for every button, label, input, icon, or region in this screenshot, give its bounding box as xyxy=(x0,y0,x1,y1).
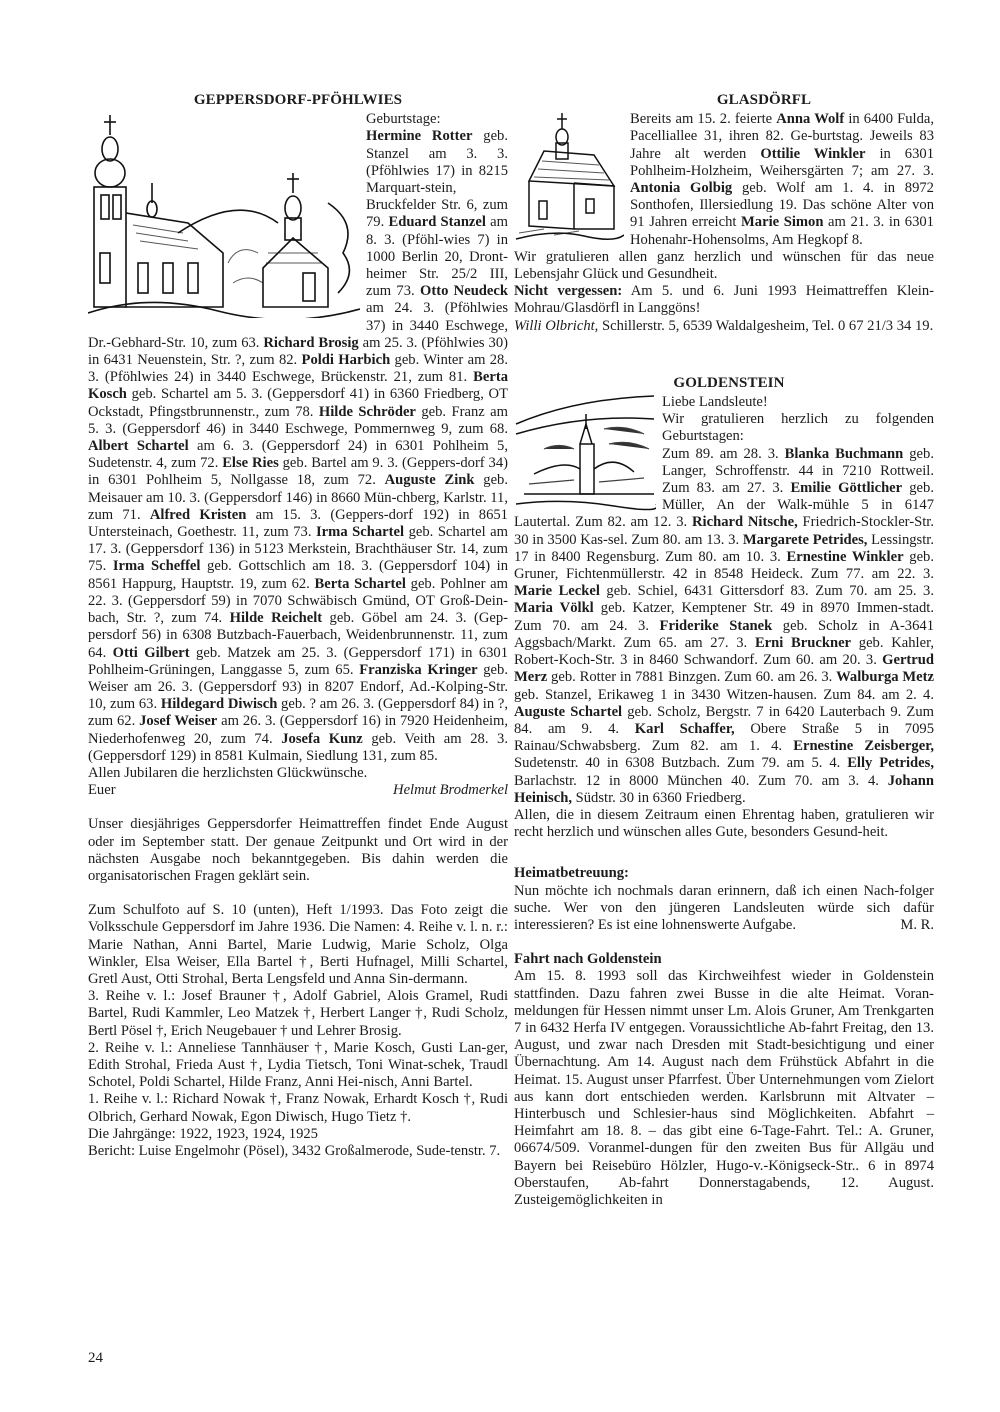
person-name: Poldi Harbich xyxy=(302,352,391,368)
glasdoerfl-contact: Willi Olbricht, Schillerstr. 5, 6539 Wal… xyxy=(514,318,934,335)
person-name: Ernestine Zeisberger, xyxy=(793,738,934,754)
town-illustration-icon xyxy=(514,394,656,514)
person-name: Hilde Reichelt xyxy=(230,610,323,626)
person-name: Berta Kosch xyxy=(88,369,508,402)
schulfoto-report: Bericht: Luise Engelmohr (Pösel), 3432 G… xyxy=(88,1143,508,1160)
schulfoto-row2: 2. Reihe v. l.: Anneliese Tannhäuser †, … xyxy=(88,1040,508,1092)
fahrt-text: Am 15. 8. 1993 soll das Kirchweihfest wi… xyxy=(514,968,934,1209)
page-number: 24 xyxy=(88,1350,103,1367)
schulfoto-section: Zum Schulfoto auf S. 10 (unten), Heft 1/… xyxy=(88,902,508,1160)
fahrt-section: Fahrt nach Goldenstein Am 15. 8. 1993 so… xyxy=(514,951,934,1209)
person-name: Else Ries xyxy=(222,455,279,471)
person-name: Margarete Petrides, xyxy=(743,532,868,548)
person-name: Auguste Zink xyxy=(385,472,475,488)
person-name: Hilde Schröder xyxy=(319,404,416,420)
schulfoto-row3: 3. Reihe v. l.: Josef Brauner †, Adolf G… xyxy=(88,988,508,1040)
person-name: Hildegard Diwisch xyxy=(161,696,277,712)
person-name: Ernestine Winkler xyxy=(786,549,903,565)
person-name: Otto Neudeck xyxy=(420,283,508,299)
goldenstein-section: GOLDENSTEIN Liebe Landsleu xyxy=(514,375,934,841)
person-name: Antonia Golbig xyxy=(630,180,732,196)
chapel-illustration-icon xyxy=(514,111,624,243)
salutation: Euer xyxy=(88,782,116,799)
person-name: Josefa Kunz xyxy=(281,731,363,747)
person-name: Richard Brosig xyxy=(263,335,358,351)
person-name: Auguste Schartel xyxy=(514,704,622,720)
person-name: Johann Heinisch, xyxy=(514,773,934,806)
person-name: Marie Leckel xyxy=(514,583,600,599)
person-name: Elly Petrides, xyxy=(847,755,934,771)
glasdoerfl-section: GLASDÖRFL Bereits am 15. 2. fe xyxy=(514,92,934,335)
fahrt-title: Fahrt nach Goldenstein xyxy=(514,951,934,968)
glasdoerfl-reminder: Nicht vergessen: Am 5. und 6. Juni 1993 … xyxy=(514,283,934,317)
heimatbetreuung-text: Nun möchte ich nochmals daran erinnern, … xyxy=(514,883,934,935)
section-title-glasdoerfl: GLASDÖRFL xyxy=(514,92,934,109)
person-name: Irma Scheffel xyxy=(113,558,201,574)
schulfoto-row1: 1. Reihe v. l.: Richard Nowak †, Franz N… xyxy=(88,1091,508,1125)
person-name: Franziska Kringer xyxy=(359,662,477,678)
person-name: Ottilie Winkler xyxy=(760,146,865,162)
church-illustration-icon xyxy=(88,113,360,318)
heimatbetreuung-section: Heimatbetreuung: Nun möchte ich nochmals… xyxy=(514,865,934,934)
person-name: Albert Schartel xyxy=(88,438,189,454)
person-name: Emilie Göttlicher xyxy=(790,480,902,496)
author-initials: M. R. xyxy=(900,917,934,934)
person-name: Anna Wolf xyxy=(776,111,844,127)
schulfoto-years: Die Jahrgänge: 1922, 1923, 1924, 1925 xyxy=(88,1126,508,1143)
person-name: Berta Schartel xyxy=(315,576,406,592)
person-name: Irma Schartel xyxy=(316,524,404,540)
heimattreffen-paragraph: Unser diesjähriges Geppersdorfer Heimatt… xyxy=(88,816,508,885)
person-name: Karl Schaffer, xyxy=(635,721,735,737)
person-name: Walburga Metz xyxy=(836,669,934,685)
person-name: Friderike Stanek xyxy=(660,618,773,634)
glasdoerfl-wishes: Wir gratulieren allen ganz herzlich und … xyxy=(514,249,934,283)
left-column: GEPPERSDORF-PFÖHLWIES xyxy=(88,92,508,1160)
right-column: GLASDÖRFL Bereits am 15. 2. fe xyxy=(514,92,934,1209)
person-name: Hermine Rotter xyxy=(366,128,472,144)
goldenstein-closing: Allen, die in diesem Zeitraum einen Ehre… xyxy=(514,807,934,841)
section-title-geppersdorf: GEPPERSDORF-PFÖHLWIES xyxy=(88,92,508,109)
person-name: Alfred Kristen xyxy=(150,507,247,523)
person-name: Richard Nitsche, xyxy=(692,514,798,530)
person-name: Maria Völkl xyxy=(514,600,594,616)
person-name: Blanka Buchmann xyxy=(785,446,904,462)
heimatbetreuung-title: Heimatbetreuung: xyxy=(514,865,934,882)
person-name: Otti Gilbert xyxy=(113,645,190,661)
person-name: Marie Simon xyxy=(741,214,823,230)
person-name: Eduard Stanzel xyxy=(388,214,485,230)
closing-wishes: Allen Jubilaren die herzlichsten Glückwü… xyxy=(88,765,508,782)
schulfoto-intro: Zum Schulfoto auf S. 10 (unten), Heft 1/… xyxy=(88,902,508,988)
signature-row: Euer Helmut Brodmerkel xyxy=(88,782,508,799)
section-title-goldenstein: GOLDENSTEIN xyxy=(514,375,934,392)
person-name: Erni Bruckner xyxy=(755,635,851,651)
signature-name: Helmut Brodmerkel xyxy=(393,782,508,799)
geppersdorf-section: GEPPERSDORF-PFÖHLWIES xyxy=(88,92,508,799)
person-name: Josef Weiser xyxy=(139,713,217,729)
